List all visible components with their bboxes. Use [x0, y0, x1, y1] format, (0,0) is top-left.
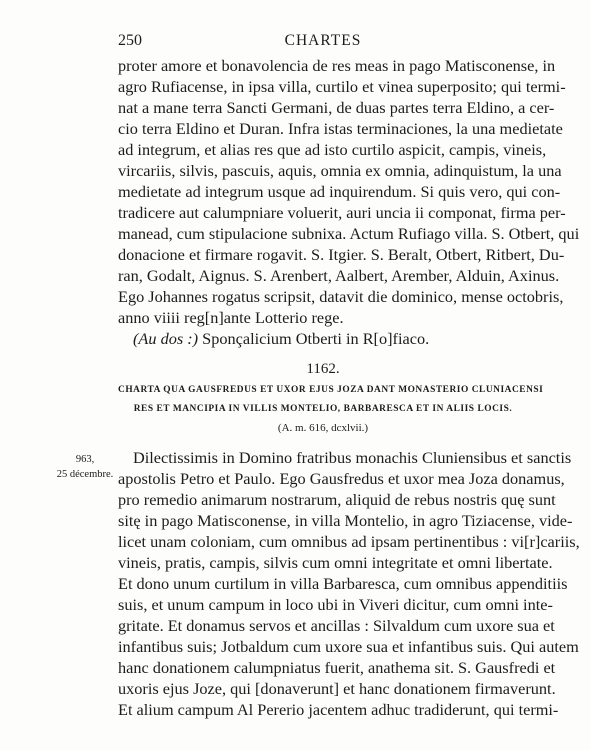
text-line: ran, Godalt, Aignus. S. Arenbert, Aalber… [118, 266, 528, 286]
endorsement-text: Sponçalicium Otberti in R[o]fiaco. [198, 329, 429, 348]
text-line: Et alium campum Al Pererio jacentem adhu… [118, 700, 528, 720]
text-line: ad integrum, et alias res que ad isto cu… [118, 140, 528, 160]
text-line: pro remedio animarum nostrarum, aliquid … [118, 490, 528, 510]
text-line: anno viiii reg[n]ante Lotterio rege. [118, 308, 528, 328]
text-line: licet unam coloniam, cum omnibus ad ipsa… [118, 532, 528, 552]
text-line: manead, cum stipulacione subnixa. Actum … [118, 224, 528, 244]
text-line: infantibus suis; Jotbaldum cum uxore sua… [118, 637, 528, 657]
text-line: tradicere aut calumpniare voluerit, auri… [118, 203, 528, 223]
document-page: 250 CHARTES proter amore et bonavolencia… [0, 0, 590, 750]
charter-title-line: CHARTA QUA GAUSFREDUS ET UXOR EJUS JOZA … [118, 385, 528, 395]
text-line: cio terra Eldino et Duran. Infra istas t… [118, 119, 528, 139]
endorsement: (Au dos :) Sponçalicium Otberti in R[o]f… [133, 329, 528, 349]
endorsement-label: (Au dos :) [133, 329, 198, 348]
text-line: Dilectissimis in Domino fratribus monach… [133, 448, 528, 468]
text-line: hanc donationem calumpniatus fuerit, ana… [118, 658, 528, 678]
text-line: apostolis Petro et Paulo. Ego Gausfredus… [118, 469, 528, 489]
charter-reference: (A. m. 616, dcxlvii.) [118, 422, 528, 434]
text-line: agro Rufiacense, in ipsa villa, curtilo … [118, 77, 528, 97]
text-line: nat a mane terra Sancti Germani, de duas… [118, 98, 528, 118]
text-line: donacione et firmare rogavit. S. Itgier.… [118, 245, 528, 265]
text-line: vineis, pratis, campis, silvis cum omni … [118, 553, 528, 573]
running-title: CHARTES [118, 32, 528, 50]
text-line: gritate. Et donamus servos et ancillas :… [118, 616, 528, 636]
margin-year: 963, [40, 452, 130, 467]
text-line: medietate ad integrum usque ad inquirend… [118, 182, 528, 202]
text-line: suis, et unum campum in loco ubi in Vive… [118, 595, 528, 615]
charter-title-line: RES ET MANCIPIA IN VILLIS MONTELIO, BARB… [118, 404, 528, 414]
text-line: Ego Johannes rogatus scripsit, datavit d… [118, 287, 528, 307]
margin-date-note: 963, 25 décembre. [40, 452, 130, 482]
text-line: sitę in pago Matisconense, in villa Mont… [118, 511, 528, 531]
text-line: proter amore et bonavolencia de res meas… [118, 56, 528, 76]
text-line: vircariis, silvis, pascuis, aquis, omnia… [118, 161, 528, 181]
margin-day: 25 décembre. [40, 467, 130, 482]
running-header: 250 CHARTES [118, 32, 528, 52]
text-line: uxoris ejus Joze, qui [donaverunt] et ha… [118, 679, 528, 699]
charter-number: 1162. [118, 361, 528, 378]
text-line: Et dono unum curtilum in villa Barbaresc… [118, 574, 528, 594]
